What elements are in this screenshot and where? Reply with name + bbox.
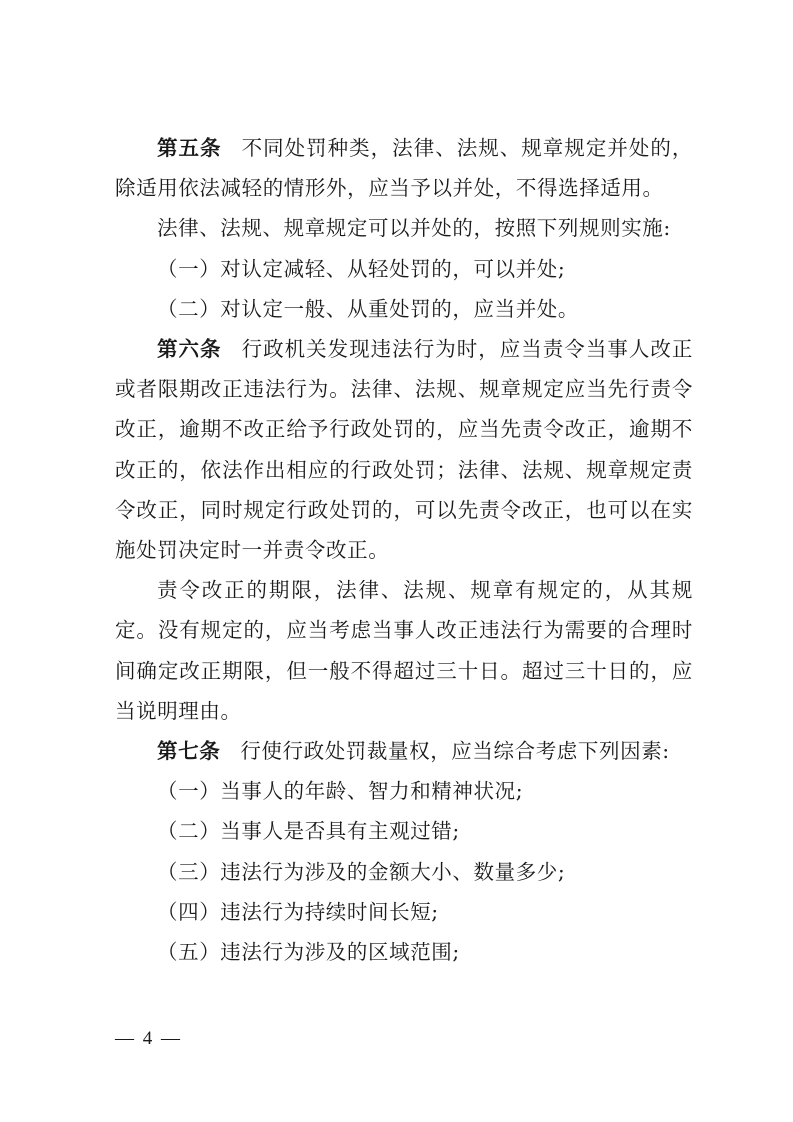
page-number: — 4 —	[115, 1028, 182, 1050]
article-7-item-4: （四）违法行为持续时间长短;	[115, 892, 693, 932]
article-5-label: 第五条	[157, 136, 222, 160]
article-6-paragraph-1: 第六条行政机关发现违法行为时，应当责令当事人改正或者限期改正违法行为。法律、法规…	[115, 329, 693, 570]
article-7-paragraph-1: 第七条行使行政处罚裁量权，应当综合考虑下列因素:	[115, 731, 693, 771]
article-7-item-2: （二）当事人是否具有主观过错;	[115, 811, 693, 851]
article-6-text-1: 行政机关发现违法行为时，应当责令当事人改正或者限期改正违法行为。法律、法规、规章…	[115, 337, 693, 562]
article-5-paragraph-2: 法律、法规、规章规定可以并处的，按照下列规则实施:	[115, 208, 693, 248]
article-7-item-5: （五）违法行为涉及的区域范围;	[115, 932, 693, 972]
article-5-item-2: （二）对认定一般、从重处罚的，应当并处。	[115, 289, 693, 329]
article-6-label: 第六条	[157, 337, 222, 361]
article-7-item-1: （一）当事人的年龄、智力和精神状况;	[115, 771, 693, 811]
article-5-item-1: （一）对认定减轻、从轻处罚的，可以并处;	[115, 249, 693, 289]
article-6-paragraph-2: 责令改正的期限，法律、法规、规章有规定的，从其规定。没有规定的，应当考虑当事人改…	[115, 570, 693, 731]
article-5-paragraph-1: 第五条不同处罚种类，法律、法规、规章规定并处的，除适用依法减轻的情形外，应当予以…	[115, 128, 693, 208]
document-body: 第五条不同处罚种类，法律、法规、规章规定并处的，除适用依法减轻的情形外，应当予以…	[115, 128, 693, 972]
article-7-text-1: 行使行政处罚裁量权，应当综合考虑下列因素:	[240, 739, 670, 763]
article-7-label: 第七条	[157, 739, 220, 763]
article-7-item-3: （三）违法行为涉及的金额大小、数量多少;	[115, 852, 693, 892]
